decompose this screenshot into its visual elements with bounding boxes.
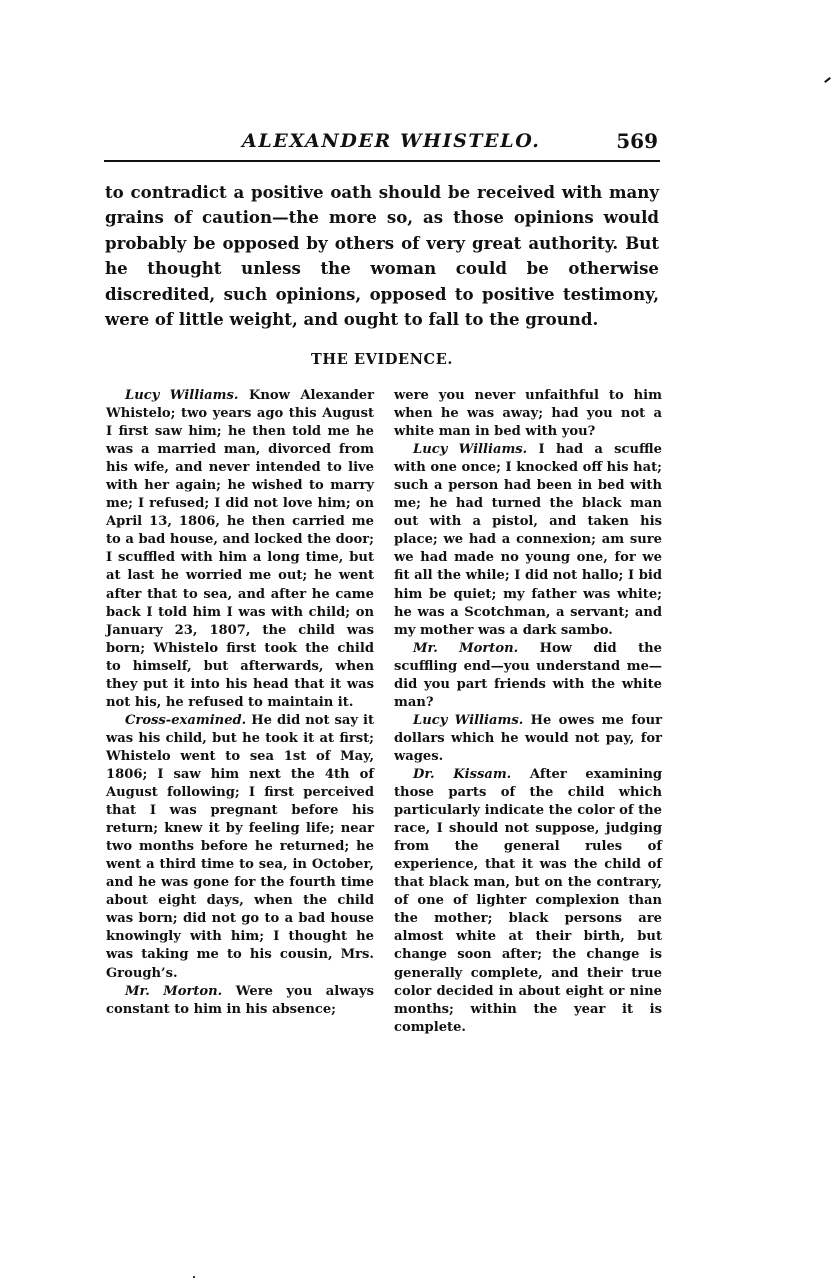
testimony-paragraph: Lucy Williams. I had a scuffle with one … — [394, 441, 662, 640]
testimony-text: Know Alexander Whistelo; two years ago t… — [106, 388, 374, 710]
speaker-label: Dr. Kissam. — [413, 767, 511, 782]
testimony-paragraph: Lucy Williams. He owes me four dollars w… — [394, 712, 662, 766]
lead-paragraph: to contradict a positive oath should be … — [105, 180, 659, 332]
speaker-label: Lucy Williams. — [413, 713, 523, 728]
left-column: Lucy Williams. Know Alexander Whistelo; … — [106, 387, 374, 1019]
speaker-label: Lucy Williams. — [413, 442, 527, 457]
testimony-paragraph: Dr. Kissam. After examining those parts … — [394, 766, 662, 1037]
testimony-paragraph: Cross-examined. He did not say it was hi… — [106, 712, 374, 983]
scan-speck-mark — [193, 1276, 195, 1278]
book-page: ALEXANDER WHISTELO. 569 to contradict a … — [0, 0, 836, 1284]
testimony-paragraph: Mr. Morton. Were you always constant to … — [106, 983, 374, 1019]
speaker-label: Lucy Williams. — [125, 388, 238, 403]
running-header: ALEXANDER WHISTELO. 569 — [104, 128, 658, 158]
page-number: 569 — [616, 129, 658, 153]
testimony-text: After examining those parts of the child… — [394, 767, 662, 1035]
running-title: ALEXANDER WHISTELO. — [242, 130, 540, 152]
header-rule-divider — [104, 160, 660, 162]
right-column: were you never unfaithful to him when he… — [394, 387, 662, 1037]
testimony-paragraph: Lucy Williams. Know Alexander Whistelo; … — [106, 387, 374, 712]
speaker-label: Mr. Morton. — [413, 641, 518, 656]
testimony-text: I had a scuffle with one once; I knocked… — [394, 442, 662, 637]
scan-speck-mark — [824, 77, 831, 83]
speaker-label: Cross-examined. — [125, 713, 246, 728]
continued-testimony: were you never unfaithful to him when he… — [394, 387, 662, 441]
section-heading: THE EVIDENCE. — [105, 351, 659, 368]
speaker-label: Mr. Morton. — [125, 984, 222, 999]
testimony-text: He did not say it was his child, but he … — [106, 713, 374, 981]
testimony-paragraph: Mr. Morton. How did the scuffling end—yo… — [394, 640, 662, 712]
